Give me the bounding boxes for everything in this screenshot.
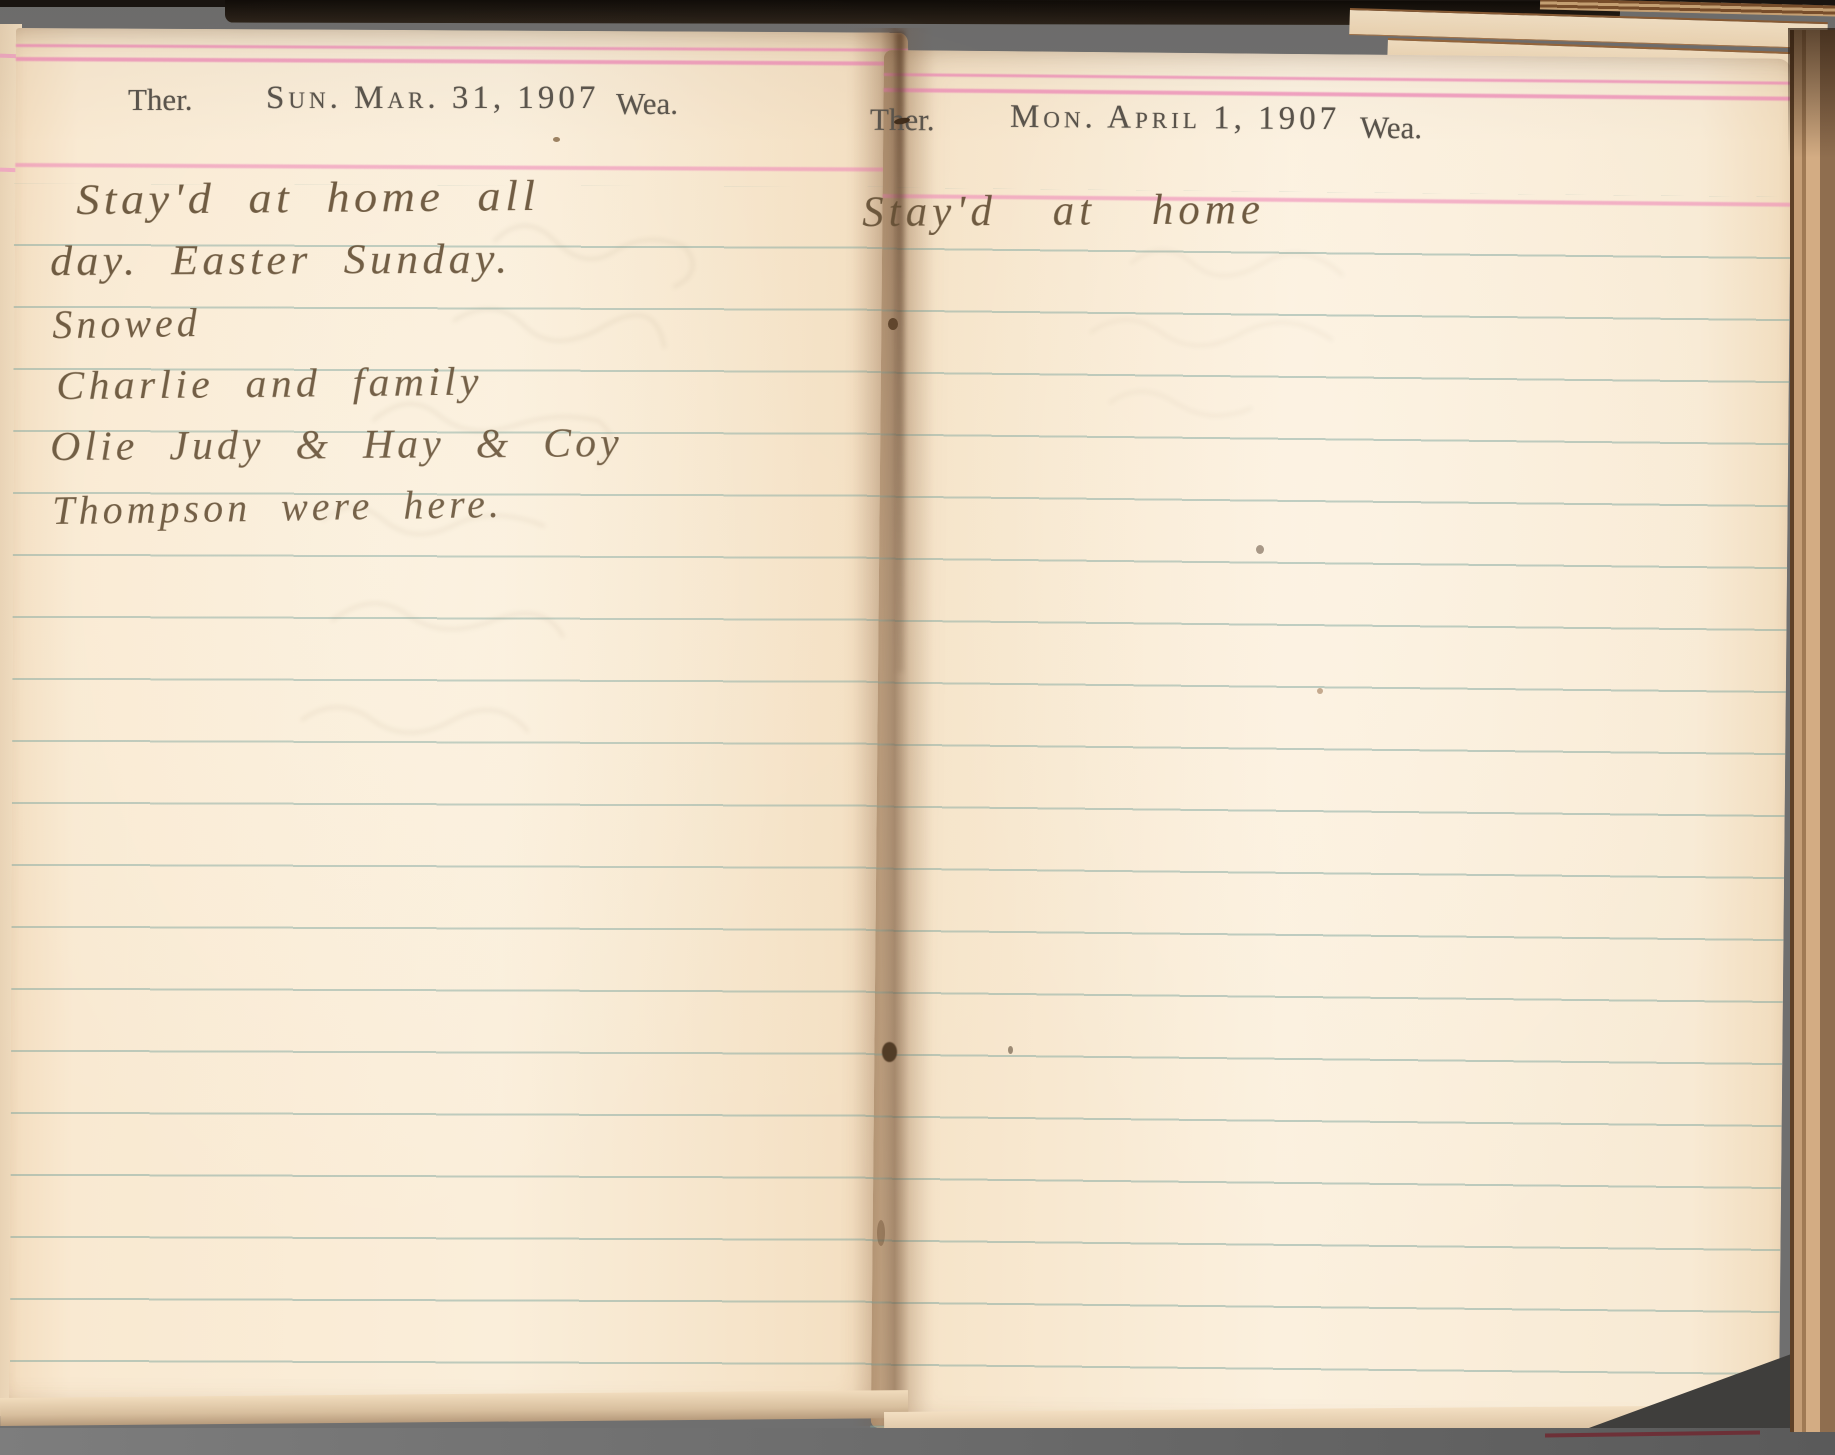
page-stack-right-shadow [1788, 28, 1835, 158]
handwriting-line: Stay'd at home [862, 185, 1265, 237]
binding-stitch [877, 1220, 885, 1246]
page-stack-right-edge [1790, 30, 1835, 1432]
handwriting-line: Olie Judy & Hay & Coy [50, 418, 623, 470]
pink-rule [16, 57, 908, 66]
left-date-heading: Sun. Mar. 31, 1907 [266, 80, 599, 117]
right-wea-label: Wea. [1360, 110, 1422, 146]
pink-rule [16, 44, 908, 52]
handwriting-line: Thompson were here. [52, 480, 503, 534]
pink-rule [15, 163, 907, 172]
desk-surface [0, 1428, 1835, 1455]
handwriting-line: Charlie and family [56, 358, 483, 409]
handwriting-line: Stay'd at home all [76, 172, 540, 225]
ink-speck [1256, 545, 1264, 554]
diary-scan: Ther. Sun. Mar. 31, 1907 Wea. Ther. Mon.… [0, 0, 1835, 1455]
handwriting-line: Snowed [52, 299, 201, 348]
binding-stitch [888, 318, 898, 330]
handwriting-line: day. Easter Sunday. [50, 236, 512, 286]
gutter-shadow [852, 28, 934, 1426]
ink-speck [1008, 1046, 1013, 1054]
right-page [871, 50, 1792, 1437]
pink-rule [884, 73, 1792, 85]
paper-speck [553, 137, 560, 142]
binding-stitch [882, 1042, 897, 1062]
ghost-writing [970, 201, 1533, 506]
left-wea-label: Wea. [616, 86, 678, 122]
right-date-heading: Mon. April 1, 1907 [1010, 99, 1340, 138]
paper-speck [1317, 688, 1323, 694]
left-ther-label: Ther. [128, 82, 193, 118]
